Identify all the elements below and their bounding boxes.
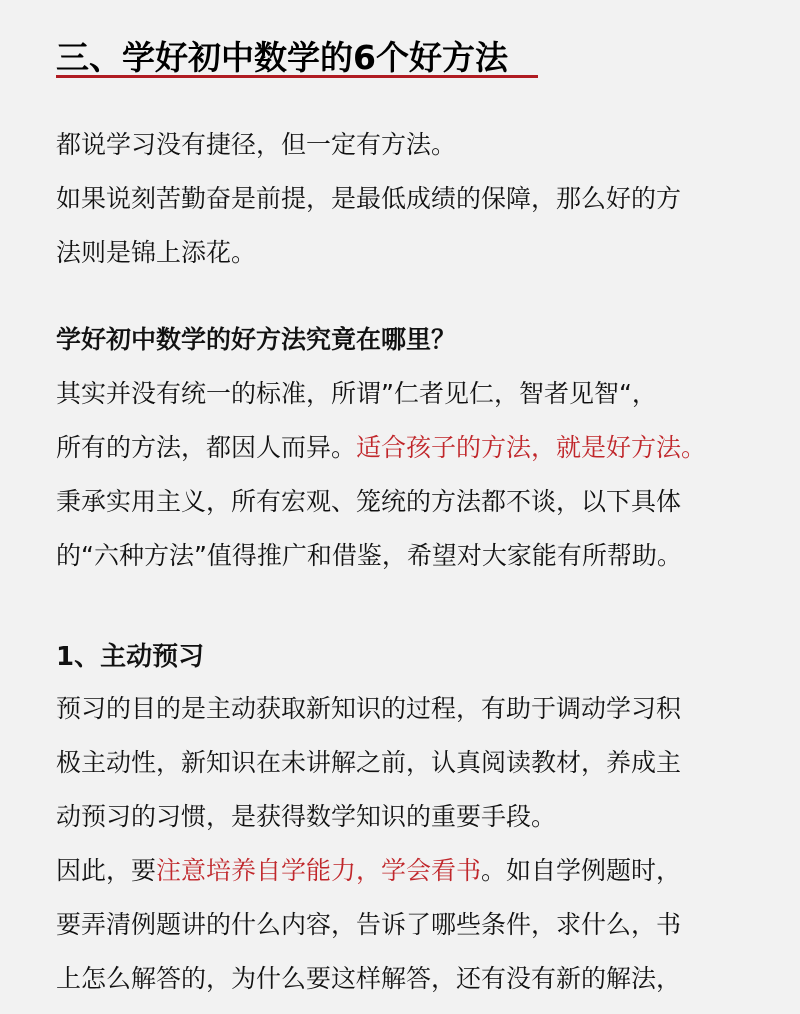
method-1-line-1: 预习的目的是主动获取新知识的过程，有助于调动学习积 [56,682,681,736]
question-line-2: 所有的方法，都因人而异。适合孩子的方法，就是好方法。 [56,421,706,475]
intro-paragraph: 都说学习没有捷径，但一定有方法。 如果说刻苦勤奋是前提，是最低成绩的保障，那么好… [56,118,681,280]
plain-text: 因此，要 [56,856,156,885]
method-1-line-5: 要弄清例题讲的什么内容，告诉了哪些条件，求什么，书 [56,898,681,952]
intro-line-3: 法则是锦上添花。 [56,226,681,280]
question-line-1: 其实并没有统一的标准，所谓”仁者见仁，智者见智“， [56,367,706,421]
question-paragraph: 学好初中数学的好方法究竟在哪里？ 其实并没有统一的标准，所谓”仁者见仁，智者见智… [56,313,706,583]
method-1-line-2: 极主动性，新知识在未讲解之前，认真阅读教材，养成主 [56,736,681,790]
question-line-4: 的“六种方法”值得推广和借鉴，希望对大家能有所帮助。 [56,529,706,583]
question-line-3: 秉承实用主义，所有宏观、笼统的方法都不谈，以下具体 [56,475,706,529]
method-1-paragraph: 预习的目的是主动获取新知识的过程，有助于调动学习积 极主动性，新知识在未讲解之前… [56,682,681,1006]
method-1-line-3: 动预习的习惯，是获得数学知识的重要手段。 [56,790,681,844]
title-underline [56,75,538,78]
method-1-line-4: 因此，要注意培养自学能力，学会看书。如自学例题时， [56,844,681,898]
section-title: 三、学好初中数学的6个好方法 [56,38,508,78]
highlight-text: 注意培养自学能力，学会看书 [156,856,481,885]
question-heading: 学好初中数学的好方法究竟在哪里？ [56,313,706,367]
intro-line-2: 如果说刻苦勤奋是前提，是最低成绩的保障，那么好的方 [56,172,681,226]
method-1-line-6: 上怎么解答的，为什么要这样解答，还有没有新的解法， [56,952,681,1006]
highlight-text: 适合孩子的方法，就是好方法。 [356,433,706,462]
plain-text: 所有的方法，都因人而异。 [56,433,356,462]
method-1-heading: 1、主动预习 [56,636,204,673]
plain-text: 。如自学例题时， [481,856,681,885]
intro-line-1: 都说学习没有捷径，但一定有方法。 [56,118,681,172]
